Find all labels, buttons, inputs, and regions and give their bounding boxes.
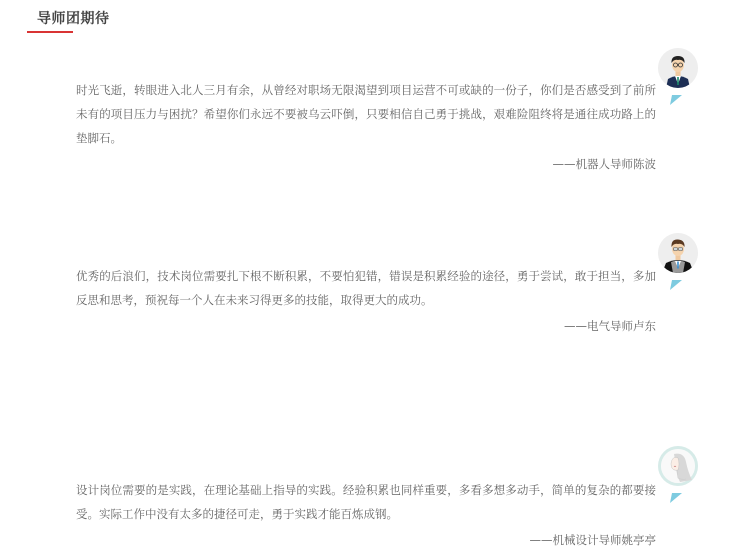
- avatar-chen-bo: [658, 48, 700, 98]
- avatar-yao-tingting: [658, 446, 700, 496]
- avatar-lu-dong: [658, 233, 700, 283]
- male-mentor-suit-avatar-icon: [658, 233, 698, 273]
- female-mentor-sketch-avatar-icon: [658, 446, 698, 486]
- title-underline: [27, 31, 73, 33]
- quote-lu-dong: 优秀的后浪们，技术岗位需要扎下根不断积累，不要怕犯错，错误是积累经验的途径，勇于…: [76, 264, 656, 336]
- quote-author: ——机器人导师陈波: [76, 154, 656, 174]
- section-title: 导师团期待: [37, 9, 110, 29]
- quote-chen-bo: 时光飞逝，转眼进入北人三月有余，从曾经对职场无限渴望到项目运营不可或缺的一份子，…: [76, 78, 656, 174]
- quote-author: ——机械设计导师姚亭亭: [76, 530, 656, 550]
- quote-author: ——电气导师卢东: [76, 316, 656, 336]
- quote-yao-tingting: 设计岗位需要的是实践，在理论基础上指导的实践。经验积累也同样重要，多看多想多动手…: [76, 478, 656, 550]
- speech-bubble-tail-icon: [670, 488, 682, 498]
- quote-text: 优秀的后浪们，技术岗位需要扎下根不断积累，不要怕犯错，错误是积累经验的途径，勇于…: [76, 264, 656, 312]
- quote-text: 设计岗位需要的是实践，在理论基础上指导的实践。经验积累也同样重要，多看多想多动手…: [76, 478, 656, 526]
- male-mentor-glasses-avatar-icon: [658, 48, 698, 88]
- speech-bubble-tail-icon: [670, 90, 682, 100]
- quote-text: 时光飞逝，转眼进入北人三月有余，从曾经对职场无限渴望到项目运营不可或缺的一份子，…: [76, 78, 656, 150]
- speech-bubble-tail-icon: [670, 275, 682, 285]
